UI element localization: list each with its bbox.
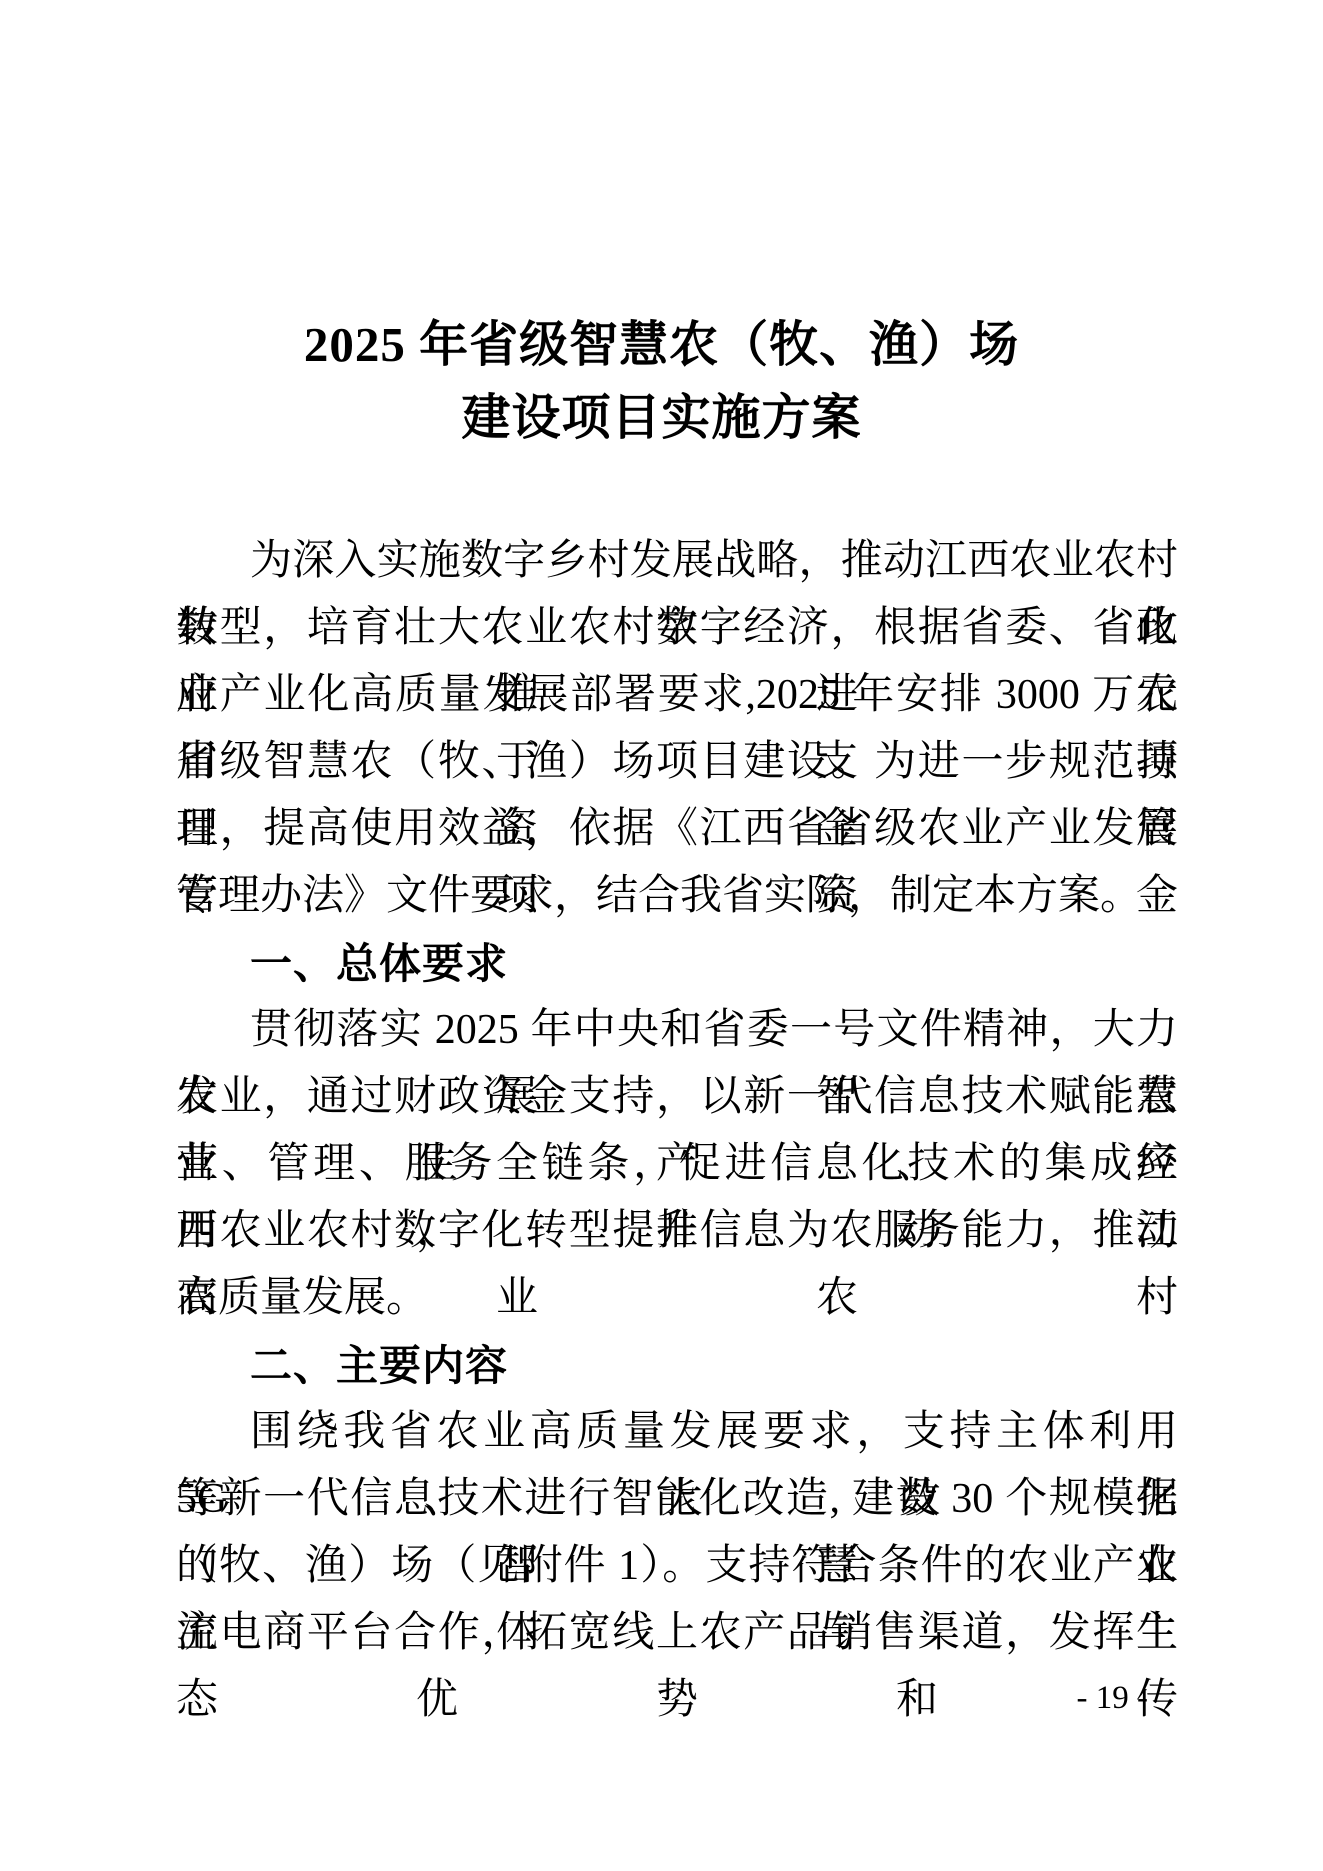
document-body: 为深入实施数字乡村发展战略，推动江西农业农村数字化 转型，培育壮大农业农村数字经… <box>176 528 1178 1667</box>
document-page: 2025 年省级智慧农（牧、渔）场 建设项目实施方案 为深入实施数字乡村发展战略… <box>0 0 1323 1871</box>
paragraph-1-line-5: 理，提高使用效益，依据《江西省省级农业产业发展专项资金 <box>176 796 1178 863</box>
paragraph-3-line-2: 等新一代信息技术进行智能化改造, 建设 30 个规模化的智慧农 <box>176 1466 1178 1533</box>
paragraph-1-line-1: 为深入实施数字乡村发展战略，推动江西农业农村数字化 <box>176 528 1178 595</box>
title-line-1: 2025 年省级智慧农（牧、渔）场 <box>0 308 1323 381</box>
paragraph-2-line-4: 西农业农村数字化转型提升信息为农服务能力，推动农业农村 <box>176 1198 1178 1265</box>
paragraph-1-line-6: 管理办法》文件要求，结合我省实际，制定本方案。 <box>176 863 1178 930</box>
paragraph-3-line-4: 流电商平台合作，拓宽线上农产品销售渠道，发挥生态优势和传 <box>176 1600 1178 1667</box>
section-heading-2: 二、主要内容 <box>176 1332 1178 1399</box>
paragraph-3-line-3: （牧、渔）场（见附件 1）。支持符合条件的农业产业主体与主 <box>176 1533 1178 1600</box>
page-number: - 19 - <box>1077 1680 1148 1716</box>
paragraph-1-line-2: 转型，培育壮大农业农村数字经济，根据省委、省政府推进农 <box>176 595 1178 662</box>
section-heading-1: 一、总体要求 <box>176 930 1178 997</box>
document-title: 2025 年省级智慧农（牧、渔）场 建设项目实施方案 <box>0 308 1323 454</box>
title-line-2: 建设项目实施方案 <box>0 381 1323 454</box>
paragraph-2-line-1: 贯彻落实 2025 年中央和省委一号文件精神，大力发展智慧 <box>176 997 1178 1064</box>
paragraph-1-line-3: 业产业化高质量发展部署要求,2025 年安排 3000 万元用于支持 <box>176 662 1178 729</box>
paragraph-1-line-4: 省级智慧农（牧、渔）场项目建设。为进一步规范项目资金管 <box>176 729 1178 796</box>
paragraph-2-line-3: 营、管理、服务全链条，促进信息化技术的集成应用，推动江 <box>176 1131 1178 1198</box>
paragraph-2-line-2: 农业，通过财政资金支持，以新一代信息技术赋能农业生产、经 <box>176 1064 1178 1131</box>
paragraph-3-line-1: 围绕我省农业高质量发展要求，支持主体利用 5G、大数据 <box>176 1399 1178 1466</box>
